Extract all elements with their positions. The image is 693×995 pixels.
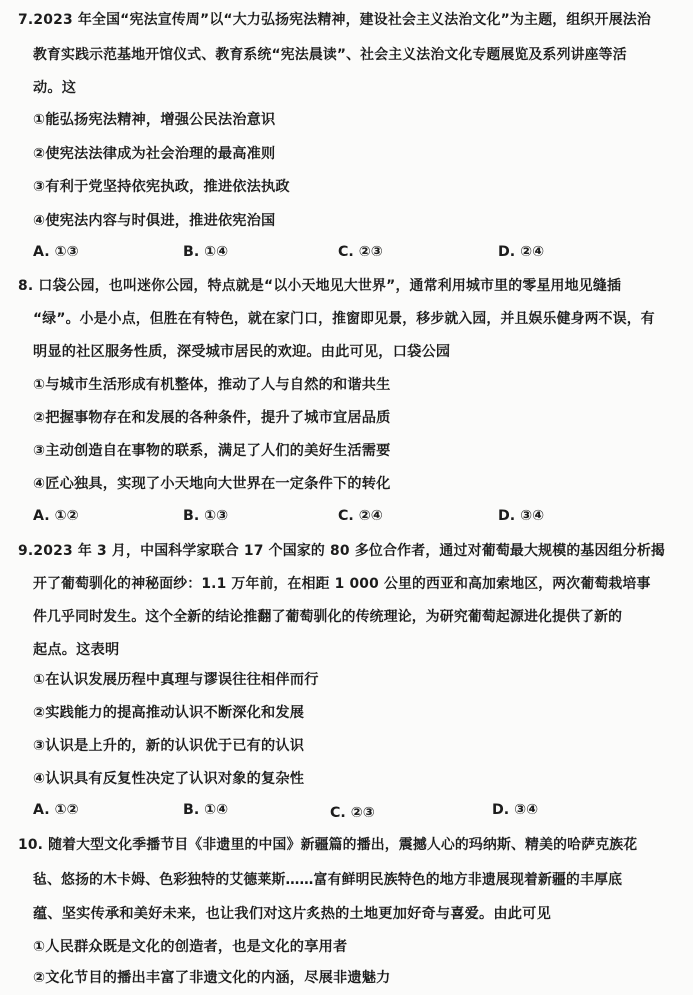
q9-stem-line-3: 件几乎同时发生。这个全新的结论推翻了葡萄驯化的传统理论，为研究葡萄起源进化提供了…	[33, 607, 637, 627]
q8-statement-4: ④匠心独具，实现了小天地向大世界在一定条件下的转化	[33, 474, 391, 494]
q8-statement-3: ③主动创造自在事物的联系，满足了人们的美好生活需要	[33, 441, 391, 461]
q9-statement-2: ②实践能力的提高推动认识不断深化和发展	[33, 703, 304, 723]
q7-statement-4: ④使宪法内容与时俱进，推进依宪治国	[33, 211, 275, 231]
q9-choice-d[interactable]: D. ③④	[492, 800, 538, 820]
q8-stem-line-2: “绿”。小是小点，但胜在有特色，就在家门口，推窗即见景，移步就入园，并且娱乐健身…	[33, 309, 671, 329]
q7-choice-c[interactable]: C. ②③	[338, 242, 383, 262]
q7-statement-3: ③有利于党坚持依宪执政，推进依法执政	[33, 177, 290, 197]
q10-statement-2: ②文化节目的播出丰富了非遗文化的内涵，尽展非遗魅力	[33, 968, 391, 988]
q8-stem-line-3: 明显的社区服务性质，深受城市居民的欢迎。由此可见，口袋公园	[33, 342, 450, 362]
q8-statement-2: ②把握事物存在和发展的各种条件，提升了城市宜居品质	[33, 408, 391, 428]
q9-statement-1: ①在认识发展历程中真理与谬误往往相伴而行	[33, 670, 319, 690]
q7-stem-line-1: 7.2023 年全国“宪法宣传周”以“大力弘扬宪法精神，建设社会主义法治文化”为…	[18, 10, 664, 30]
exam-page: 7.2023 年全国“宪法宣传周”以“大力弘扬宪法精神，建设社会主义法治文化”为…	[0, 0, 693, 995]
q7-choice-b[interactable]: B. ①④	[183, 242, 228, 262]
q10-stem-line-2: 毡、悠扬的木卡姆、色彩独特的艾德莱斯……富有鲜明民族特色的地方非遗展现着新疆的丰…	[33, 870, 637, 890]
q7-statement-1: ①能弘扬宪法精神，增强公民法治意识	[33, 110, 275, 130]
q9-choice-c[interactable]: C. ②③	[330, 803, 375, 823]
q8-choice-c[interactable]: C. ②④	[338, 506, 383, 526]
q7-choice-a[interactable]: A. ①③	[33, 242, 79, 262]
q10-stem-line-3: 蕴、坚实传承和美好未来，也让我们对这片炙热的土地更加好奇与喜爱。由此可见	[33, 904, 551, 924]
q9-stem-line-1: 9.2023 年 3 月，中国科学家联合 17 个国家的 80 多位合作者，通过…	[18, 541, 678, 561]
q7-statement-2: ②使宪法法律成为社会治理的最高准则	[33, 144, 275, 164]
q7-stem-line-2: 教育实践示范基地开馆仪式、教育系统“宪法晨读”、社会主义法治文化专题展览及系列讲…	[33, 45, 642, 65]
q9-stem-line-2: 开了葡萄驯化的神秘面纱：1.1 万年前，在相距 1 000 公里的西亚和高加索地…	[33, 574, 666, 594]
q9-choice-a[interactable]: A. ①②	[33, 800, 79, 820]
q9-statement-3: ③认识是上升的，新的认识优于已有的认识	[33, 736, 304, 756]
q8-choice-d[interactable]: D. ③④	[498, 506, 544, 526]
q10-stem-line-1: 10. 随着大型文化季播节目《非遗里的中国》新疆篇的播出，震撼人心的玛纳斯、精美…	[18, 835, 653, 855]
q9-stem-line-4: 起点。这表明	[33, 640, 119, 660]
q9-choice-b[interactable]: B. ①④	[183, 800, 228, 820]
q7-choice-d[interactable]: D. ②④	[498, 242, 544, 262]
q8-stem-line-1: 8. 口袋公园，也叫迷你公园，特点就是“以小天地见大世界”，通常利用城市里的零星…	[18, 276, 633, 296]
q10-statement-1: ①人民群众既是文化的创造者，也是文化的享用者	[33, 937, 347, 957]
q8-choice-a[interactable]: A. ①②	[33, 506, 79, 526]
q9-statement-4: ④认识具有反复性决定了认识对象的复杂性	[33, 769, 304, 789]
q8-choice-b[interactable]: B. ①③	[183, 506, 228, 526]
q8-statement-1: ①与城市生活形成有机整体，推动了人与自然的和谐共生	[33, 375, 391, 395]
q7-stem-line-3: 动。这	[33, 78, 76, 98]
